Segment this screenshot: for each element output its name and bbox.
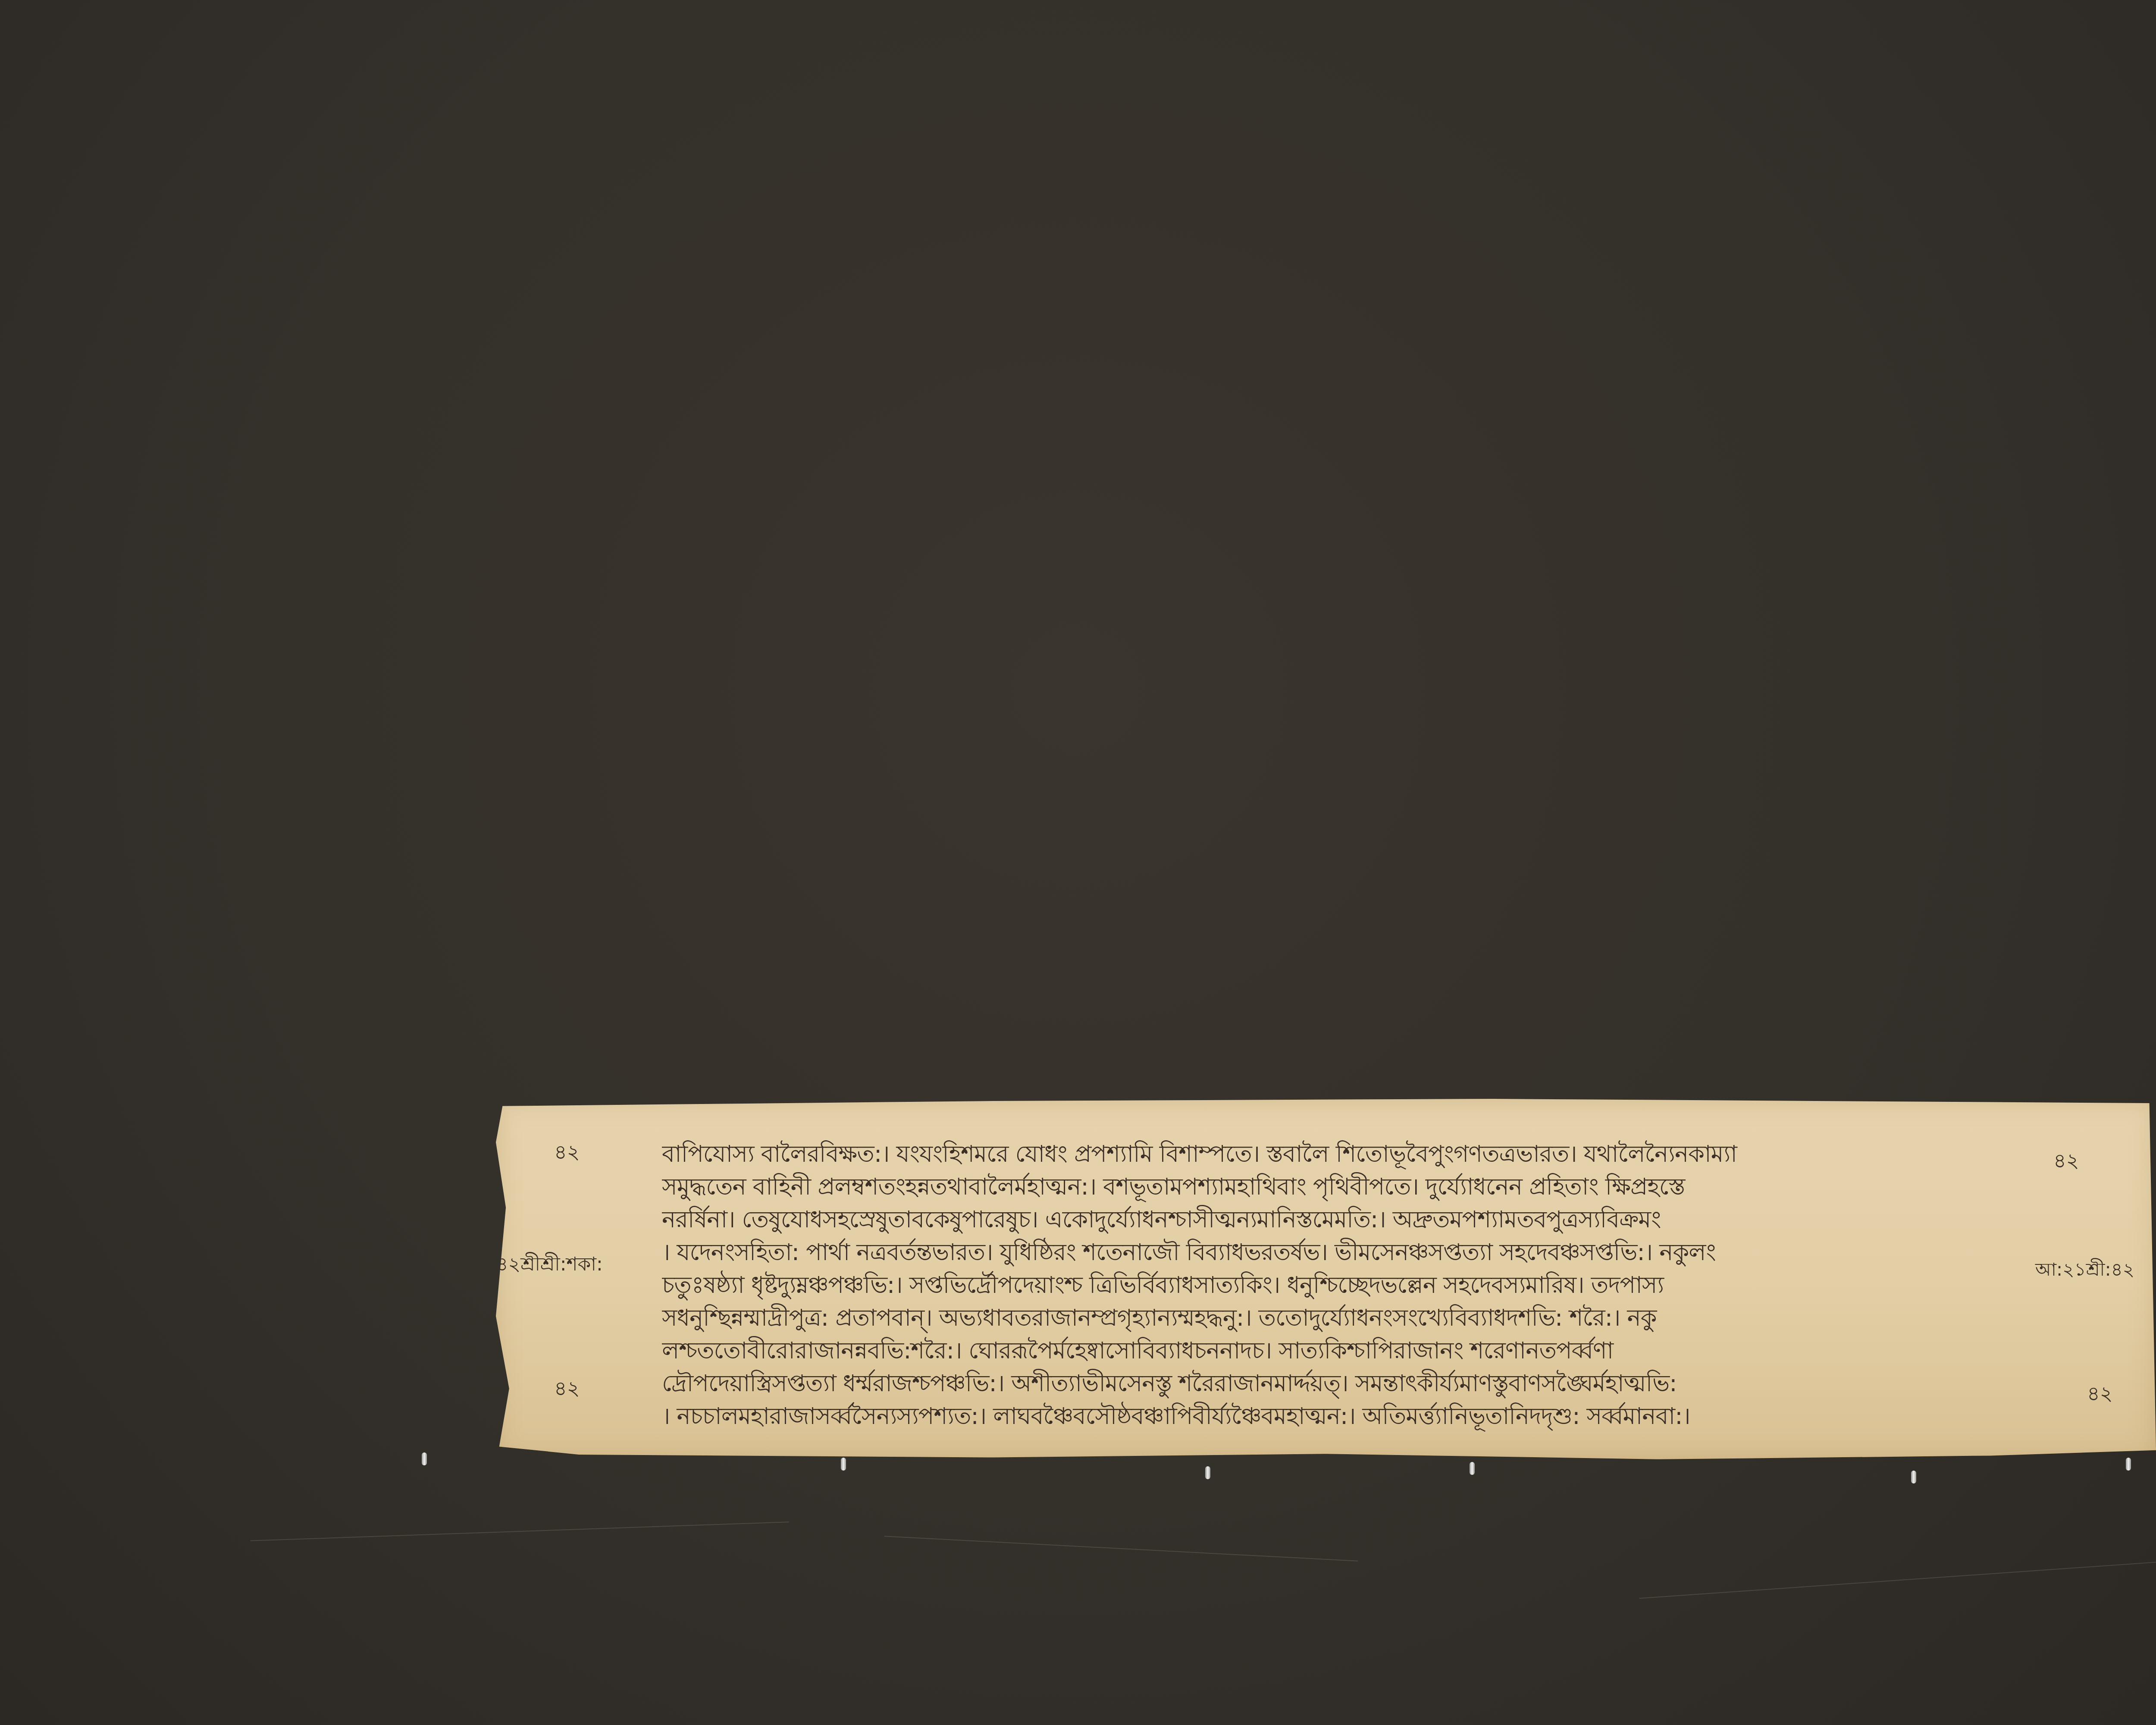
mounting-pin (2126, 1458, 2131, 1471)
mounting-pin (841, 1458, 846, 1471)
mounting-pin (1205, 1466, 1210, 1479)
folio-label-middle-left: ৪২শ্রীশ্রী:শকা: (496, 1255, 603, 1274)
text-line: দ্রৌপদেয়াস্ত্রিসপ্তত্যা ধর্ম্মরাজশ্চপঞ্… (662, 1367, 2093, 1400)
text-line: বাপিযোস্য বালৈরবিক্ষত:। যংযংহিশমরে যোধং … (662, 1138, 2093, 1170)
folio-number-top-left: ৪২ (554, 1142, 580, 1162)
mounting-pin (1470, 1462, 1475, 1475)
text-line: সধনুশ্ছিন্নম্মাদ্রীপুত্র: প্রতাপবান্‌। অ… (662, 1302, 2093, 1334)
mounting-pin (1911, 1471, 1916, 1483)
mounting-pin (422, 1452, 427, 1465)
manuscript-folio: ৪২ ৪২শ্রীশ্রী:শকা: ৪২ ৪২ আ:২১শ্রী:৪২ ৪২ … (496, 1099, 2156, 1461)
folio-number-bottom-left: ৪২ (554, 1378, 580, 1398)
text-line: নরর্ষিনা। তেষুযোধসহস্রেষুতাবকেষুপারেষুচ।… (662, 1203, 2093, 1236)
manuscript-text-block: বাপিযোস্য বালৈরবিক্ষত:। যংযংহিশমরে যোধং … (662, 1138, 2093, 1433)
text-line: । নচচালমহারাজাসর্ব্বসৈন্যস্যপশ্যত:। লাঘব… (662, 1400, 2093, 1433)
dark-backing-board (0, 0, 2156, 1725)
text-line: । যদেনংসহিতা: পার্থা নত্রবর্তন্তভারত। যু… (662, 1236, 2093, 1269)
text-line: চতুঃষষ্ঠ্যা ধৃষ্টদ্যুম্নঞ্চপঞ্চভি:। সপ্ত… (662, 1269, 2093, 1302)
text-line: সমুদ্ধতেন বাহিনী প্রলম্বশতংহন্নতথাবালৈর্… (662, 1170, 2093, 1203)
text-line: লশ্চততোবীরোরাজানন্নবভি:শরৈ:। ঘোররূপৈর্মহ… (662, 1334, 2093, 1367)
